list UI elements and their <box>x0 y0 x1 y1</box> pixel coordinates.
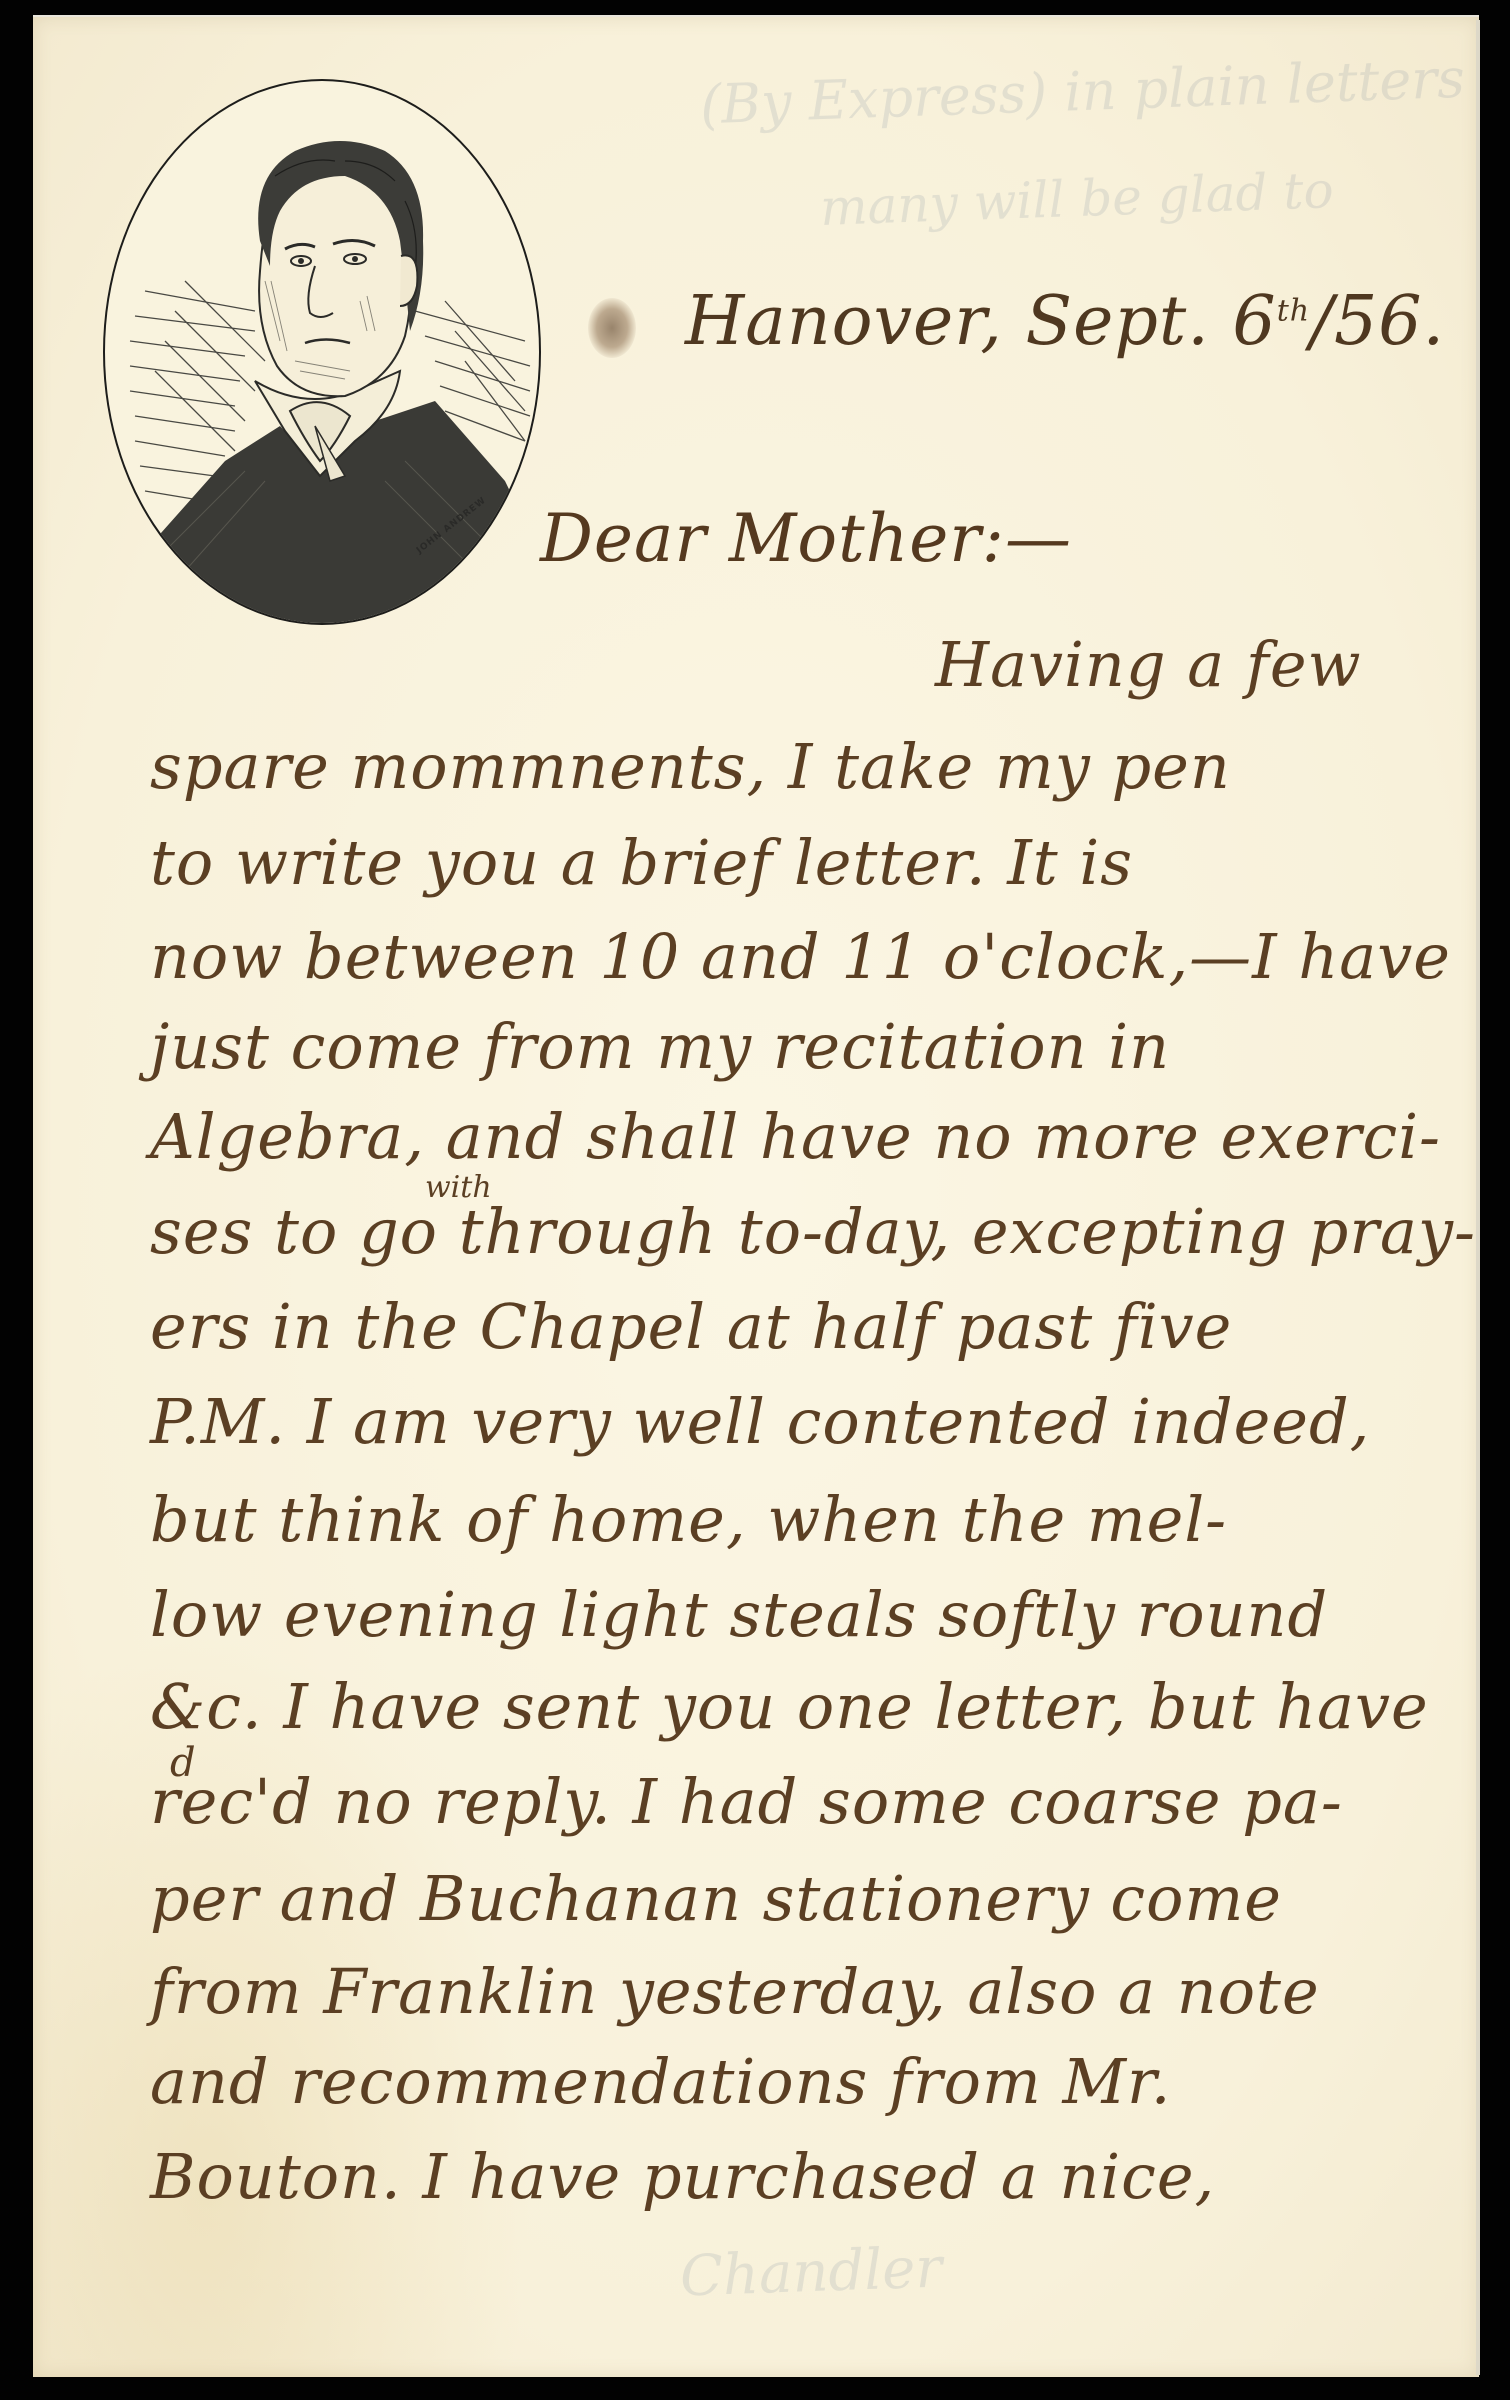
letter-line: low evening light steals softly round <box>150 1578 1328 1651</box>
letter-line: to write you a brief letter. It is <box>150 826 1133 899</box>
dateline-date-suffix: th <box>1277 293 1310 328</box>
portrait-illustration <box>105 81 539 623</box>
letter-line: Having a few <box>935 628 1362 701</box>
dateline-year: /56. <box>1310 282 1445 361</box>
letter-line: now between 10 and 11 o'clock,—I have <box>150 920 1451 993</box>
letter-line: rec'd no reply. I had some coarse pa- <box>150 1765 1343 1838</box>
dateline-date: Sept. 6 <box>1026 282 1277 361</box>
letter-line: but think of home, when the mel- <box>150 1483 1227 1556</box>
letter-line: spare mommnents, I take my pen <box>150 730 1231 803</box>
letter-line: and recommendations from Mr. <box>150 2045 1171 2118</box>
letter-line: ers in the Chapel at half past five <box>150 1290 1232 1363</box>
letter-line: from Franklin yesterday, also a note <box>150 1955 1320 2028</box>
letter-line: &c. I have sent you one letter, but have <box>150 1670 1429 1743</box>
letter-line: Algebra, and shall have no more exerci- <box>150 1100 1441 1173</box>
dateline-place: Hanover, <box>685 282 1003 361</box>
letter-salutation: Dear Mother:— <box>540 500 1072 577</box>
letter-line: P.M. I am very well contented indeed, <box>150 1385 1370 1458</box>
letter-line: Bouton. I have purchased a nice, <box>150 2140 1215 2213</box>
letter-line: just come from my recitation in <box>150 1010 1170 1083</box>
letter-line: per and Buchanan stationery come <box>150 1862 1282 1935</box>
portrait-engraving <box>103 79 541 625</box>
ink-blot <box>588 298 636 358</box>
letter-line: ses to go through to-day, excepting pray… <box>150 1195 1476 1268</box>
letter-dateline: Hanover, Sept. 6th/56. <box>685 282 1445 361</box>
paper-edge-right <box>1476 20 1480 2375</box>
